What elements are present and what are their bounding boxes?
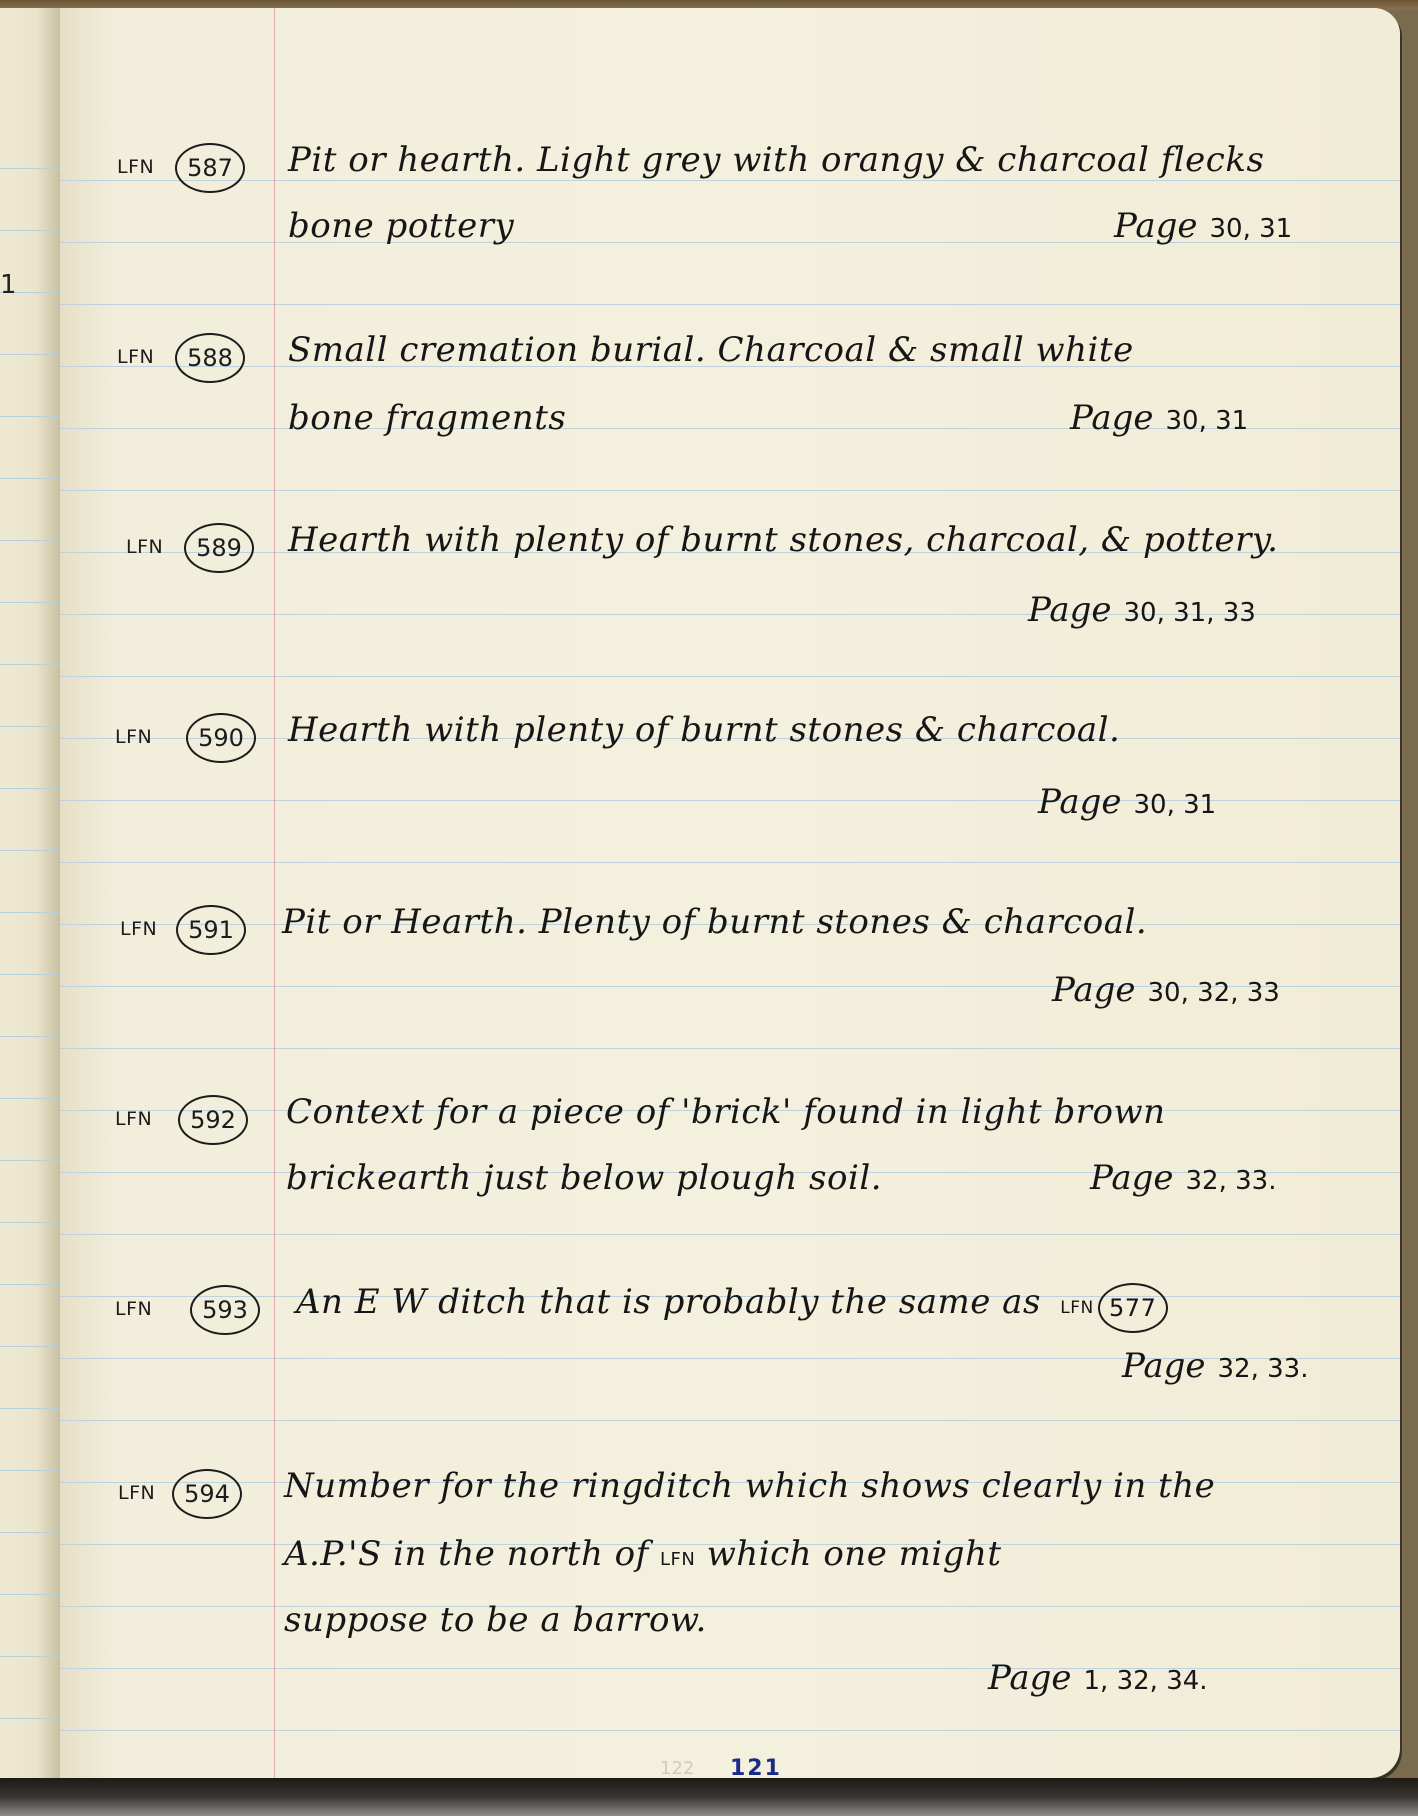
page-label: Page: [1052, 970, 1136, 1010]
context-number-circle: 587: [175, 143, 245, 193]
lfn-label: LFN: [115, 1108, 152, 1130]
page-reference: Page30, 31, 33: [1028, 590, 1256, 630]
lfn-label: LFN: [118, 1482, 155, 1504]
context-number-circle: 593: [190, 1285, 260, 1335]
show-through-page-number: 122: [660, 1758, 694, 1778]
page-reference: Page30, 32, 33: [1052, 970, 1280, 1010]
referenced-context-circle: 577: [1098, 1283, 1168, 1333]
page-numbers: 30, 31: [1166, 406, 1249, 436]
lfn-label: LFN: [117, 156, 154, 178]
context-number-circle: 592: [178, 1095, 248, 1145]
page-reference: Page32, 33.: [1122, 1346, 1308, 1386]
page-numbers: 30, 31: [1134, 790, 1217, 820]
entry-text-line: bone pottery: [288, 206, 514, 246]
facing-page-edge: 1: [0, 8, 62, 1778]
lfn-label: LFN: [660, 1549, 695, 1570]
page-label: Page: [1090, 1158, 1174, 1198]
entry-text-line: An E W ditch that is probably the same a…: [296, 1282, 1168, 1333]
page-label: Page: [1038, 782, 1122, 822]
page-numbers: 30, 32, 33: [1148, 978, 1280, 1008]
notebook-page: LFN 587 Pit or hearth. Light grey with o…: [60, 8, 1400, 1778]
entry-text-line: suppose to be a barrow.: [284, 1600, 707, 1640]
lfn-label: LFN: [115, 726, 152, 748]
context-number-circle: 589: [184, 523, 254, 573]
facing-page-mark: 1: [0, 270, 17, 300]
lfn-label: LFN: [117, 346, 154, 368]
entry-text-line: Pit or hearth. Light grey with orangy & …: [288, 140, 1264, 180]
entry-text-line: Number for the ringditch which shows cle…: [284, 1466, 1215, 1506]
entry-text-line: bone fragments: [288, 398, 566, 438]
entry-text-line: Pit or Hearth. Plenty of burnt stones & …: [282, 902, 1147, 942]
context-number-circle: 588: [175, 333, 245, 383]
cross-reference: LFN 577: [1052, 1283, 1167, 1333]
page-reference: Page32, 33.: [1090, 1158, 1276, 1198]
page-label: Page: [988, 1658, 1072, 1698]
page-label: Page: [1122, 1346, 1206, 1386]
page-label: Page: [1114, 206, 1198, 246]
page-number: 121: [730, 1756, 782, 1778]
page-label: Page: [1028, 590, 1112, 630]
page-numbers: 32, 33.: [1218, 1354, 1309, 1384]
page-reference: Page30, 31: [1070, 398, 1248, 438]
lfn-label: LFN: [115, 1298, 152, 1320]
context-number-circle: 590: [186, 713, 256, 763]
entry-text: which one might: [707, 1534, 1002, 1574]
page-reference: Page1, 32, 34.: [988, 1658, 1208, 1698]
page-numbers: 30, 31: [1210, 214, 1293, 244]
page-numbers: 1, 32, 34.: [1084, 1666, 1208, 1696]
entry-text-line: Hearth with plenty of burnt stones, char…: [288, 520, 1278, 560]
lfn-label: LFN: [120, 918, 157, 940]
lfn-label: LFN: [126, 536, 163, 558]
entry-text-line: A.P.'S in the north of LFN which one mig…: [284, 1534, 1002, 1574]
notebook-bottom-edge: [0, 1778, 1418, 1816]
page-label: Page: [1070, 398, 1154, 438]
entry-text-line: brickearth just below plough soil.: [286, 1158, 882, 1198]
page-reference: Page30, 31: [1114, 206, 1292, 246]
entry-text: A.P.'S in the north of: [284, 1534, 649, 1574]
entry-text: An E W ditch that is probably the same a…: [296, 1282, 1041, 1322]
context-number-circle: 594: [172, 1469, 242, 1519]
entry-text-line: Context for a piece of 'brick' found in …: [286, 1092, 1166, 1132]
margin-line: [274, 8, 275, 1778]
lfn-label: LFN: [1060, 1298, 1093, 1318]
context-number-circle: 591: [176, 905, 246, 955]
entry-text-line: Small cremation burial. Charcoal & small…: [288, 330, 1134, 370]
page-reference: Page30, 31: [1038, 782, 1216, 822]
page-numbers: 30, 31, 33: [1124, 598, 1256, 628]
page-numbers: 32, 33.: [1186, 1166, 1277, 1196]
entry-text-line: Hearth with plenty of burnt stones & cha…: [288, 710, 1120, 750]
